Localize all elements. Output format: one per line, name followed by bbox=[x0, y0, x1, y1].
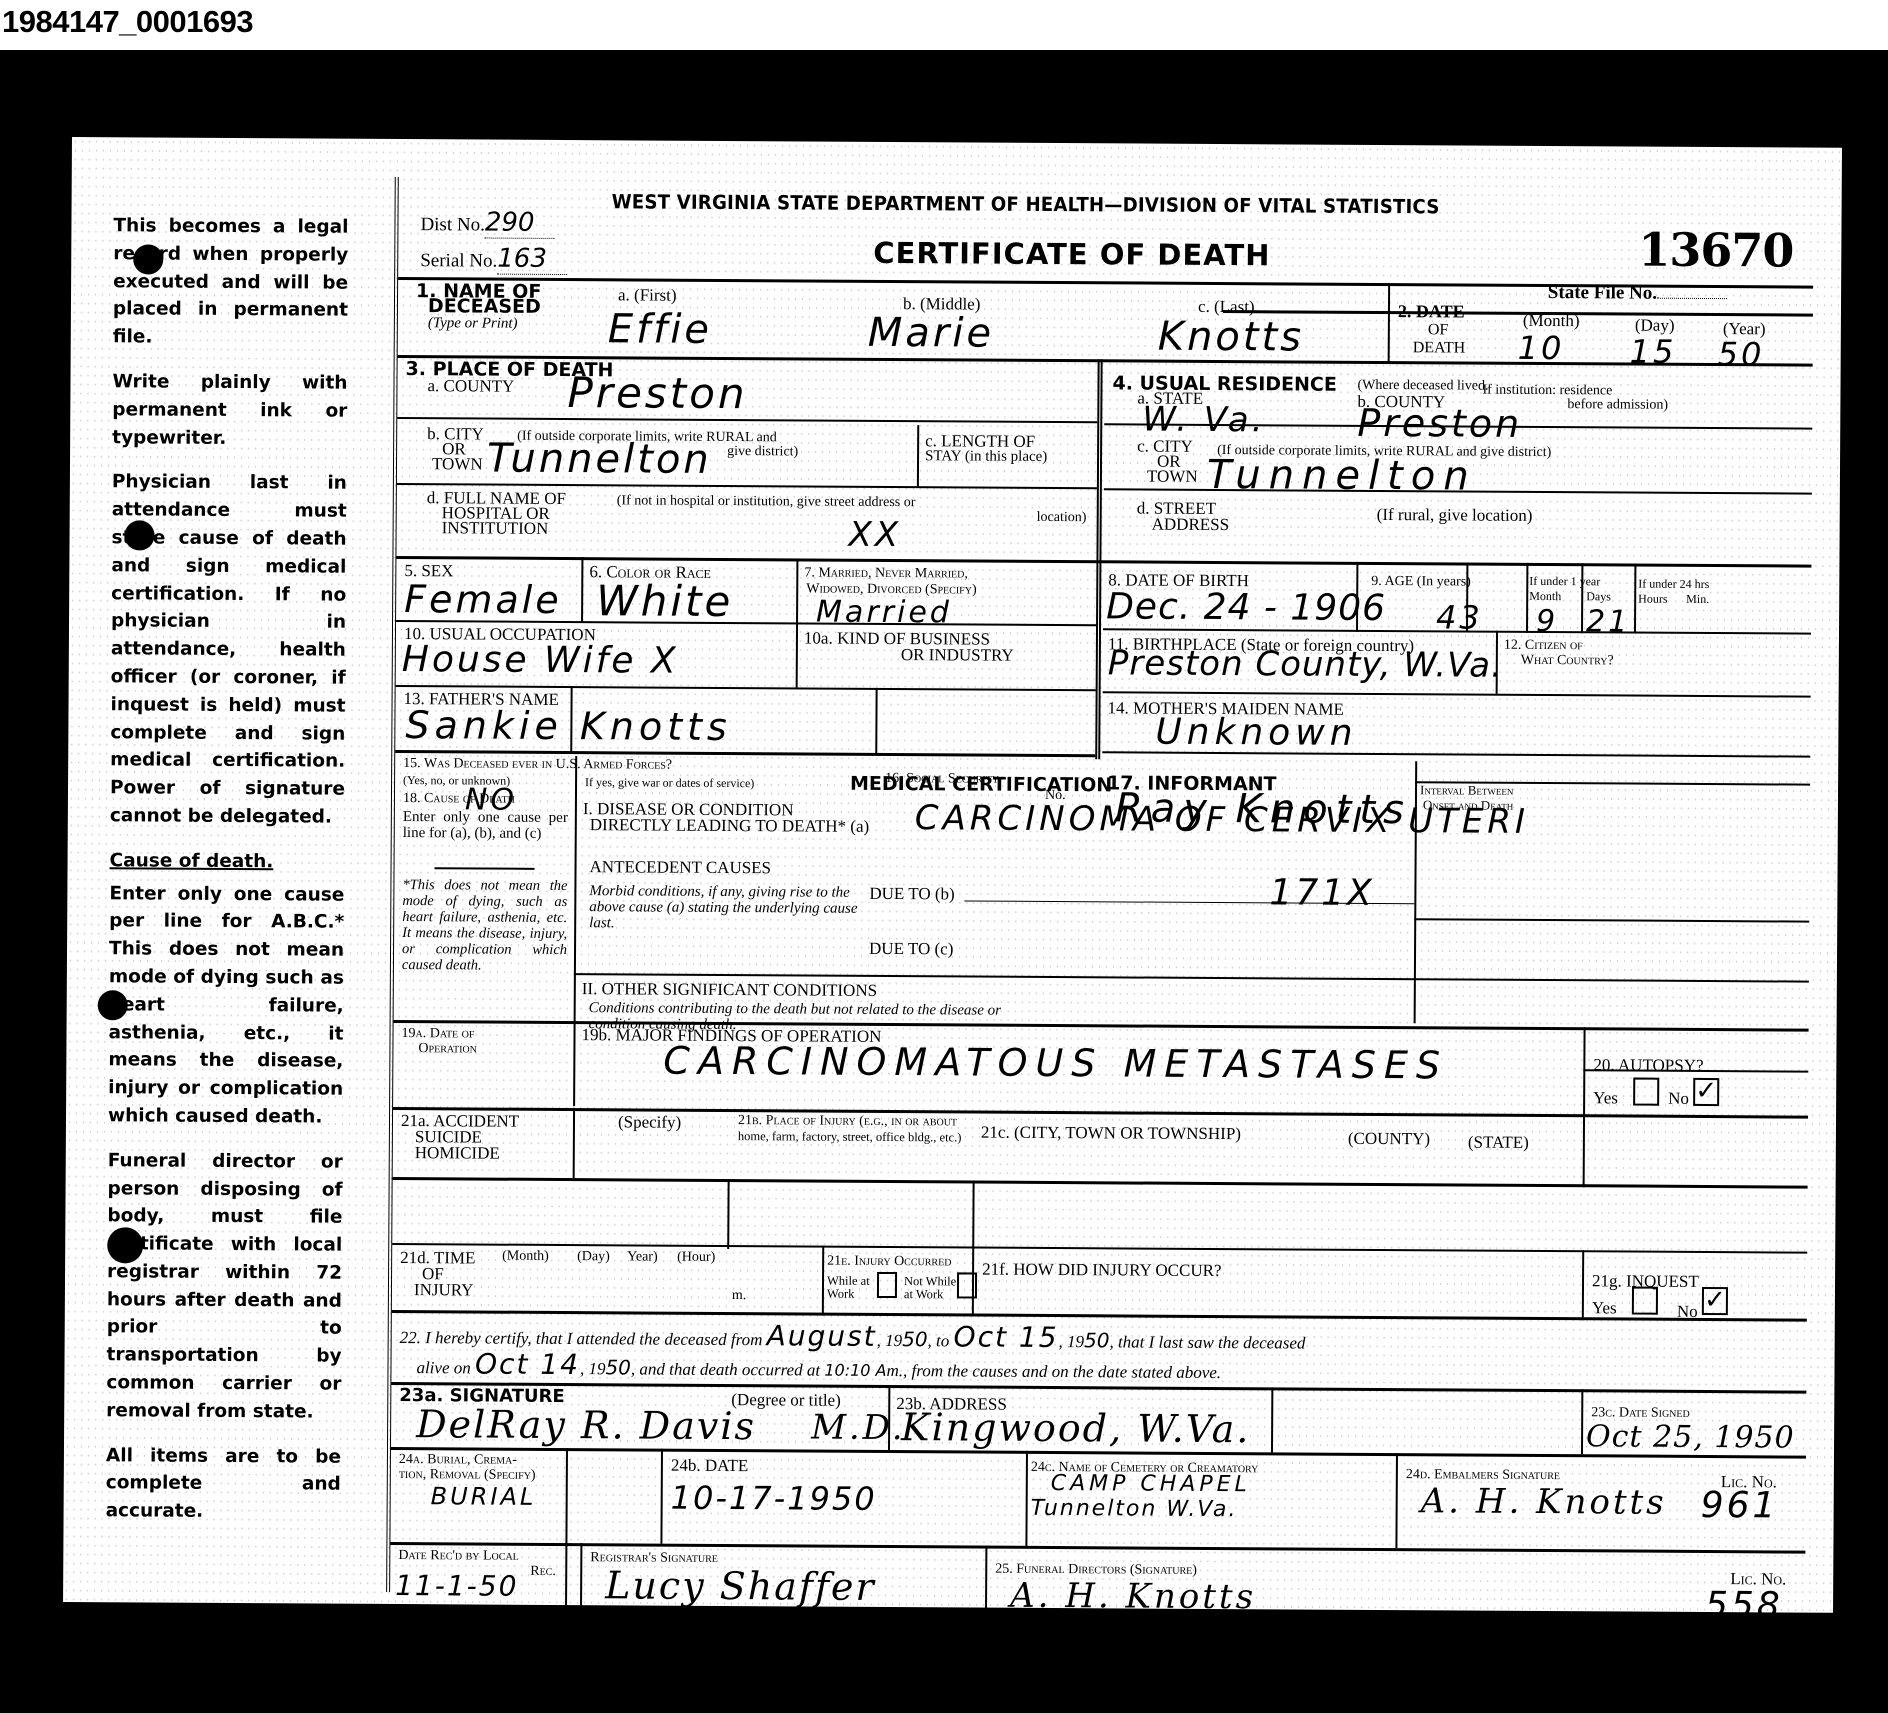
burial-date-value: 10-17-1950 bbox=[671, 1479, 877, 1518]
death-county-value: Preston bbox=[567, 368, 747, 418]
degree-value: M.D. bbox=[811, 1408, 906, 1449]
physician-signature-value: DelRay R. Davis bbox=[416, 1402, 756, 1448]
label-burial: 24a. Burial, Crema- bbox=[399, 1453, 517, 1468]
funeral-director-value: A. H. Knotts bbox=[1010, 1576, 1256, 1618]
instruction-write-plainly: Write plainly with permanent ink or type… bbox=[112, 368, 348, 453]
label-under-24-hrs: If under 24 hrs bbox=[1638, 577, 1709, 591]
label-autopsy-no: No bbox=[1668, 1090, 1689, 1107]
label-burial-date: 24b. DATE bbox=[671, 1457, 749, 1474]
label-days: Days bbox=[1586, 589, 1611, 603]
instruction-cause: Enter only one cause per line for A.B.C.… bbox=[108, 880, 345, 1132]
label-while-at-work: While at Work bbox=[827, 1275, 877, 1301]
label-other-conditions: II. OTHER SIGNIFICANT CONDITIONS bbox=[582, 980, 877, 999]
cause-a-value: CARCINOMA OF CERVIX UTERI bbox=[915, 798, 1529, 842]
cemetery-name-value: CAMP CHAPEL bbox=[1051, 1471, 1251, 1497]
label-not-while-at-work: Not While at Work bbox=[904, 1275, 959, 1301]
burial-value: BURIAL bbox=[431, 1482, 537, 1511]
label-before-admission: before admission) bbox=[1567, 398, 1668, 413]
dist-no: Dist No.290 bbox=[420, 207, 555, 239]
certify-line-2: alive on Oct 14, 1950, and that death oc… bbox=[416, 1355, 1221, 1381]
label-home-farm: home, farm, factory, street, office bldg… bbox=[738, 1129, 962, 1144]
label-type-or-print: (Type or Print) bbox=[428, 315, 518, 333]
label-injury: INJURY bbox=[414, 1281, 474, 1298]
punch-hole bbox=[133, 244, 163, 274]
label-date-of-operation: 19a. Date of bbox=[401, 1027, 474, 1041]
federal-security-agency: FEDERAL SECURITY AGENCY bbox=[590, 1618, 795, 1636]
hospital-value: XX bbox=[848, 515, 901, 555]
label-of: OF bbox=[1428, 321, 1449, 338]
first-name-value: Effie bbox=[608, 306, 712, 353]
attended-from-value: August bbox=[767, 1319, 877, 1353]
certificate-number: 13670 bbox=[1638, 223, 1793, 278]
label-date-received: Date Rec'd by Local bbox=[398, 1549, 519, 1564]
label-industry: OR INDUSTRY bbox=[901, 646, 1014, 664]
label-armed-forces: 15. Was Deceased ever in U.S. Armed Forc… bbox=[403, 757, 672, 773]
label-month: (Month) bbox=[1523, 312, 1580, 329]
funeral-lic-value: 558 bbox=[1705, 1585, 1783, 1626]
label-degree: (Degree or title) bbox=[731, 1391, 841, 1409]
label-day: (Day) bbox=[1635, 317, 1675, 334]
label-rec: Rec. bbox=[530, 1565, 556, 1579]
label-specify: (Specify) bbox=[618, 1113, 681, 1130]
label-last: c. (Last) bbox=[1198, 298, 1255, 315]
res-city-value: Tunnelton bbox=[1207, 452, 1477, 500]
label-age: 9. AGE (In years) bbox=[1371, 575, 1471, 590]
res-state-value: W. Va. bbox=[1142, 400, 1265, 441]
label-town: TOWN bbox=[1147, 468, 1198, 485]
label-mode-of-dying-note: *This does not mean the mode of dying, s… bbox=[402, 877, 568, 974]
last-name-value: Knotts bbox=[1158, 314, 1305, 361]
cause-b-value: 171X bbox=[1269, 872, 1375, 914]
label-injury-occurred: 21e. Injury Occurred bbox=[827, 1255, 951, 1270]
embalmer-value: A. H. Knotts bbox=[1421, 1481, 1667, 1523]
label-injury-month: (Month) bbox=[502, 1250, 549, 1264]
label-city-town: 21c. (CITY, TOWN OR TOWNSHIP) bbox=[981, 1124, 1241, 1143]
label-under-1-year: If under 1 year bbox=[1529, 574, 1600, 588]
punch-hole bbox=[98, 990, 128, 1020]
marital-value: Married bbox=[816, 595, 952, 631]
label-citizen: 12. Citizen of bbox=[1504, 639, 1583, 653]
death-time-value: 10:10 A bbox=[824, 1361, 886, 1380]
age-value: 43 bbox=[1436, 598, 1483, 636]
label-death: DEATH bbox=[1413, 339, 1466, 356]
label-inquest-yes: Yes bbox=[1592, 1299, 1617, 1316]
birthplace-value: Preston County, W.Va. bbox=[1108, 643, 1503, 685]
label-injury-state: (STATE) bbox=[1468, 1134, 1529, 1151]
occupation-value: House Wife X bbox=[402, 639, 679, 682]
image-label-bar: 1984147_0001693 bbox=[0, 0, 1888, 50]
instruction-complete: All items are to be complete and accurat… bbox=[106, 1442, 342, 1527]
label-first: a. (First) bbox=[618, 286, 677, 303]
label-if-institution: If institution: residence bbox=[1482, 384, 1612, 399]
label-inquest-no: No bbox=[1677, 1303, 1698, 1320]
label-min: Min. bbox=[1686, 592, 1709, 606]
certificate-title: CERTIFICATE OF DEATH bbox=[873, 236, 1270, 272]
embalmer-lic-value: 961 bbox=[1701, 1485, 1779, 1526]
inquest-yes-checkbox[interactable] bbox=[1632, 1287, 1658, 1315]
label-how-injury: 21f. HOW DID INJURY OCCUR? bbox=[982, 1261, 1222, 1279]
public-health-service: PUBLIC HEALTH SERVICE bbox=[590, 1635, 770, 1653]
instruction-legal-record: This becomes a legal record when properl… bbox=[113, 212, 349, 352]
label-due-to-b: DUE TO (b) bbox=[869, 885, 954, 903]
label-cause-of-death: 18. Cause of Death bbox=[403, 792, 515, 807]
cemetery-location-value: Tunnelton W.Va. bbox=[1031, 1496, 1238, 1522]
label-antecedent: ANTECEDENT CAUSES bbox=[590, 858, 772, 876]
death-year-value: 50 bbox=[1718, 335, 1765, 373]
serial-no: Serial No.163 bbox=[420, 243, 567, 275]
label-address: ADDRESS bbox=[1152, 516, 1230, 533]
label-directly-leading: DIRECTLY LEADING TO DEATH* (a) bbox=[590, 816, 869, 835]
label-rural-location: (If rural, give location) bbox=[1377, 506, 1533, 524]
dob-value: Dec. 24 - 1906 bbox=[1106, 586, 1386, 629]
label-marital: 7. Married, Never Married, bbox=[804, 566, 968, 581]
physician-address-value: Kingwood, W.Va. bbox=[901, 1405, 1251, 1451]
label-stay: STAY (in this place) bbox=[925, 448, 1047, 466]
operation-findings-value: CARCINOMATOUS METASTASES bbox=[663, 1039, 1448, 1088]
age-months-value: 9 bbox=[1536, 604, 1558, 639]
date-signed-value: Oct 25, 1950 bbox=[1586, 1419, 1795, 1455]
union-bug-stamp: ■■ bbox=[1780, 1638, 1809, 1653]
label-institution: INSTITUTION bbox=[442, 519, 549, 537]
image-label: 1984147_0001693 bbox=[2, 4, 253, 40]
label-interval: Interval Between bbox=[1420, 783, 1513, 798]
label-what-country: What Country? bbox=[1521, 654, 1614, 669]
punch-hole bbox=[124, 520, 154, 550]
label-give-district: give district) bbox=[727, 445, 798, 459]
label-removal: tion, Removal (Specify) bbox=[399, 1468, 536, 1483]
label-m: m. bbox=[732, 1289, 746, 1303]
death-city-value: Tunnelton bbox=[487, 436, 712, 483]
date-received-value: 11-1-50 bbox=[395, 1569, 518, 1603]
res-county-value: Preston bbox=[1357, 401, 1522, 446]
death-certificate: This becomes a legal record when properl… bbox=[63, 137, 1842, 1613]
race-value: White bbox=[596, 576, 733, 626]
autopsy-no-checkbox[interactable]: ✓ bbox=[1693, 1078, 1719, 1106]
medical-certification-heading: MEDICAL CERTIFICATION bbox=[850, 776, 1112, 795]
certificate-form: WEST VIRGINIA STATE DEPARTMENT OF HEALTH… bbox=[386, 177, 1808, 1601]
punch-hole bbox=[107, 1227, 143, 1263]
label-injury-county: (COUNTY) bbox=[1348, 1130, 1430, 1148]
label-morbid: Morbid conditions, if any, giving rise t… bbox=[589, 883, 859, 933]
label-autopsy: 20. AUTOPSY? bbox=[1593, 1056, 1703, 1074]
label-town: TOWN bbox=[432, 455, 483, 472]
label-due-to-c: DUE TO (c) bbox=[869, 940, 953, 958]
sex-value: Female bbox=[404, 577, 562, 622]
label-operation: Operation bbox=[418, 1042, 477, 1056]
cause-of-death-heading: Cause of death. bbox=[109, 847, 344, 876]
registrar-signature-value: Lucy Shaffer bbox=[605, 1563, 876, 1609]
side-instructions: This becomes a legal record when properl… bbox=[105, 212, 348, 1543]
label-injury-year: Year) bbox=[627, 1250, 658, 1264]
label-injury-day: (Day) bbox=[577, 1250, 610, 1264]
label-autopsy-yes: Yes bbox=[1593, 1089, 1618, 1106]
agency-header: WEST VIRGINIA STATE DEPARTMENT OF HEALTH… bbox=[612, 190, 1440, 218]
attended-to-value: Oct 15 bbox=[953, 1320, 1058, 1354]
death-month-value: 10 bbox=[1518, 329, 1565, 367]
death-day-value: 15 bbox=[1630, 333, 1677, 371]
label-homicide: HOMICIDE bbox=[415, 1144, 500, 1162]
label-injury-hour: (Hour) bbox=[677, 1251, 715, 1265]
autopsy-yes-checkbox[interactable] bbox=[1633, 1078, 1659, 1106]
label-one-cause: Enter only one cause per line for (a), (… bbox=[403, 809, 568, 842]
label-location: location) bbox=[1037, 511, 1087, 525]
middle-name-value: Marie bbox=[868, 310, 994, 357]
label-deceased: DECEASED bbox=[428, 298, 541, 316]
age-days-value: 21 bbox=[1586, 604, 1630, 639]
label-hours: Hours bbox=[1638, 592, 1667, 606]
father-value: Sankie Knotts bbox=[405, 703, 732, 749]
label-place-of-injury: 21b. Place of Injury (e.g., in or about bbox=[738, 1114, 957, 1129]
instruction-funeral-director: Funeral director or person disposing of … bbox=[106, 1147, 343, 1426]
label-county: a. COUNTY bbox=[427, 377, 514, 395]
label-hospital-note: (If not in hospital or institution, give… bbox=[617, 494, 916, 510]
label-length-of-stay: c. LENGTH OF bbox=[925, 432, 1035, 450]
form-number: VS-002 (3-31-49) bbox=[415, 1625, 549, 1642]
label-war-dates: If yes, give war or dates of service) bbox=[585, 775, 754, 790]
label-date-of-death: 2. DATE bbox=[1398, 303, 1465, 320]
not-while-at-work-checkbox[interactable] bbox=[957, 1272, 977, 1298]
inquest-no-checkbox[interactable]: ✓ bbox=[1702, 1287, 1728, 1315]
last-seen-value: Oct 14 bbox=[475, 1347, 580, 1381]
mother-value: Unknown bbox=[1155, 712, 1357, 754]
while-at-work-checkbox[interactable] bbox=[877, 1272, 897, 1298]
label-months: Month bbox=[1529, 589, 1561, 603]
